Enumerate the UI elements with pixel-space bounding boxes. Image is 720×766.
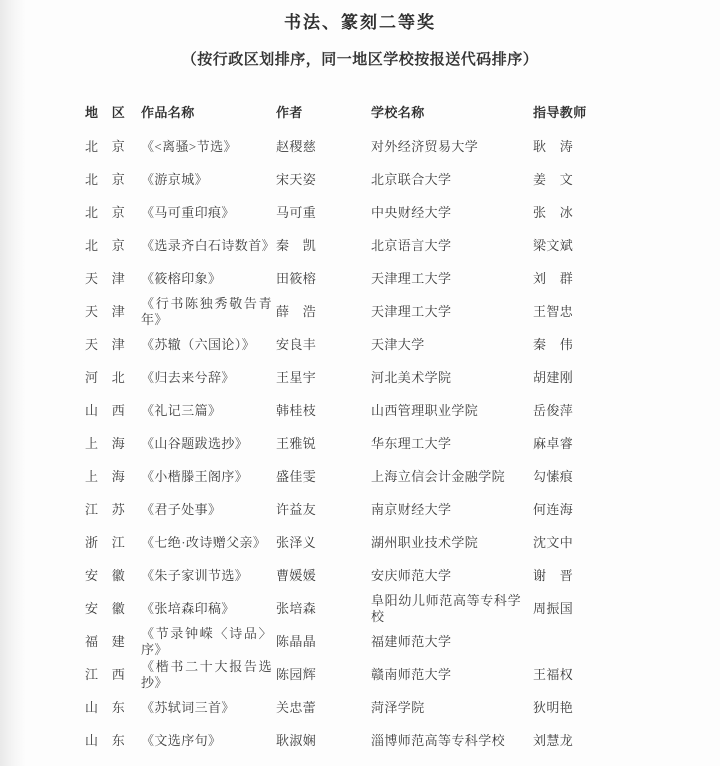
- cell-author: 陈园辉: [276, 667, 371, 683]
- cell-work: 《行书陈独秀敬告青年》: [141, 296, 276, 328]
- page-title: 书法、篆刻二等奖: [85, 8, 635, 33]
- cell-author: 田筱榕: [276, 271, 371, 287]
- cell-work: 《七绝·改诗赠父亲》: [141, 535, 276, 551]
- cell-author: 宋天姿: [276, 172, 371, 188]
- cell-school: 赣南师范大学: [371, 667, 533, 683]
- cell-teacher: 麻卓睿: [533, 436, 635, 452]
- table-row: 福 建《节录钟嵘〈诗品〉序》陈晶晶福建师范大学: [85, 625, 635, 658]
- cell-school: 阜阳幼儿师范高等专科学校: [371, 593, 533, 625]
- cell-school: 南京财经大学: [371, 502, 533, 518]
- cell-work: 《节录钟嵘〈诗品〉序》: [141, 626, 276, 658]
- cell-region: 江 西: [85, 667, 141, 683]
- table-row: 安 徽《朱子家训节选》曹媛媛安庆师范大学谢 晋: [85, 559, 635, 592]
- table-row: 河 北《归去来兮辞》王星宇河北美术学院胡建刚: [85, 361, 635, 394]
- cell-school: 北京语言大学: [371, 238, 533, 254]
- cell-work: 《礼记三篇》: [141, 403, 276, 419]
- cell-teacher: 刘 群: [533, 271, 635, 287]
- cell-school: 山西管理职业学院: [371, 403, 533, 419]
- cell-author: 薛 浩: [276, 304, 371, 320]
- cell-teacher: 勾愫痕: [533, 469, 635, 485]
- cell-work: 《苏轼词三首》: [141, 700, 276, 716]
- cell-region: 山 东: [85, 700, 141, 716]
- cell-region: 浙 江: [85, 535, 141, 551]
- cell-work: 《归去来兮辞》: [141, 370, 276, 386]
- cell-region: 北 京: [85, 172, 141, 188]
- cell-teacher: 岳俊萍: [533, 403, 635, 419]
- header-author: 作者: [276, 105, 371, 121]
- cell-author: 马可重: [276, 205, 371, 221]
- cell-teacher: 何连海: [533, 502, 635, 518]
- cell-school: 福建师范大学: [371, 634, 533, 650]
- cell-teacher: 张 冰: [533, 205, 635, 221]
- cell-author: 王雅锐: [276, 436, 371, 452]
- cell-teacher: 狄明艳: [533, 700, 635, 716]
- cell-work: 《苏辙（六国论）》: [141, 337, 276, 353]
- cell-region: 安 徽: [85, 568, 141, 584]
- table-row: 北 京《游京城》宋天姿北京联合大学姜 文: [85, 163, 635, 196]
- cell-school: 河北美术学院: [371, 370, 533, 386]
- cell-teacher: 刘慧龙: [533, 733, 635, 749]
- cell-teacher: 梁文斌: [533, 238, 635, 254]
- header-teacher: 指导教师: [533, 105, 635, 121]
- cell-work: 《张培森印稿》: [141, 601, 276, 617]
- cell-region: 福 建: [85, 634, 141, 650]
- table-row: 山 东《苏轼词三首》关忠蕾菏泽学院狄明艳: [85, 691, 635, 724]
- page-subtitle: （按行政区划排序，同一地区学校按报送代码排序）: [85, 48, 635, 69]
- cell-region: 北 京: [85, 238, 141, 254]
- cell-author: 关忠蕾: [276, 700, 371, 716]
- cell-region: 天 津: [85, 337, 141, 353]
- header-region: 地 区: [85, 105, 141, 121]
- table-row: 江 苏《君子处事》许益友南京财经大学何连海: [85, 493, 635, 526]
- cell-school: 中央财经大学: [371, 205, 533, 221]
- cell-work: 《<离骚>节选》: [141, 139, 276, 155]
- cell-work: 《楷书二十大报告选抄》: [141, 659, 276, 691]
- table-row: 天 津《行书陈独秀敬告青年》薛 浩天津理工大学王智忠: [85, 295, 635, 328]
- cell-work: 《小楷滕王阁序》: [141, 469, 276, 485]
- table-row: 北 京《<离骚>节选》赵稷慈对外经济贸易大学耿 涛: [85, 130, 635, 163]
- page-edge-shadow: [0, 0, 26, 766]
- cell-school: 天津理工大学: [371, 304, 533, 320]
- cell-work: 《筱榕印象》: [141, 271, 276, 287]
- cell-school: 天津理工大学: [371, 271, 533, 287]
- cell-author: 赵稷慈: [276, 139, 371, 155]
- table-row: 北 京《选录齐白石诗数首》秦 凯北京语言大学梁文斌: [85, 229, 635, 262]
- cell-work: 《选录齐白石诗数首》: [141, 238, 276, 254]
- awards-table: 地 区 作品名称 作者 学校名称 指导教师 北 京《<离骚>节选》赵稷慈对外经济…: [85, 99, 635, 757]
- cell-author: 张泽义: [276, 535, 371, 551]
- cell-work: 《文选序句》: [141, 733, 276, 749]
- cell-author: 张培森: [276, 601, 371, 617]
- cell-author: 陈晶晶: [276, 634, 371, 650]
- cell-region: 北 京: [85, 139, 141, 155]
- cell-region: 上 海: [85, 436, 141, 452]
- table-row: 山 东《文选序句》耿淑娴淄博师范高等专科学校刘慧龙: [85, 724, 635, 757]
- header-school: 学校名称: [371, 105, 533, 121]
- cell-author: 安良丰: [276, 337, 371, 353]
- cell-teacher: 谢 晋: [533, 568, 635, 584]
- cell-author: 韩桂枝: [276, 403, 371, 419]
- cell-teacher: 耿 涛: [533, 139, 635, 155]
- cell-school: 淄博师范高等专科学校: [371, 733, 533, 749]
- cell-region: 安 徽: [85, 601, 141, 617]
- cell-teacher: 周振国: [533, 601, 635, 617]
- cell-region: 山 西: [85, 403, 141, 419]
- cell-author: 秦 凯: [276, 238, 371, 254]
- table-row: 北 京《马可重印痕》马可重中央财经大学张 冰: [85, 196, 635, 229]
- document-content: 书法、篆刻二等奖 （按行政区划排序，同一地区学校按报送代码排序） 地 区 作品名…: [85, 0, 635, 757]
- cell-region: 山 东: [85, 733, 141, 749]
- cell-work: 《君子处事》: [141, 502, 276, 518]
- cell-school: 湖州职业技术学院: [371, 535, 533, 551]
- table-row: 天 津《筱榕印象》田筱榕天津理工大学刘 群: [85, 262, 635, 295]
- cell-author: 盛佳雯: [276, 469, 371, 485]
- cell-school: 北京联合大学: [371, 172, 533, 188]
- cell-teacher: 王福权: [533, 667, 635, 683]
- table-row: 江 西《楷书二十大报告选抄》陈园辉赣南师范大学王福权: [85, 658, 635, 691]
- table-row: 山 西《礼记三篇》韩桂枝山西管理职业学院岳俊萍: [85, 394, 635, 427]
- cell-work: 《马可重印痕》: [141, 205, 276, 221]
- table-row: 上 海《山谷题跋选抄》王雅锐华东理工大学麻卓睿: [85, 427, 635, 460]
- table-row: 安 徽《张培森印稿》张培森阜阳幼儿师范高等专科学校周振国: [85, 592, 635, 625]
- cell-teacher: 沈文中: [533, 535, 635, 551]
- cell-work: 《朱子家训节选》: [141, 568, 276, 584]
- cell-school: 安庆师范大学: [371, 568, 533, 584]
- cell-school: 上海立信会计金融学院: [371, 469, 533, 485]
- cell-author: 王星宇: [276, 370, 371, 386]
- cell-author: 曹媛媛: [276, 568, 371, 584]
- cell-author: 许益友: [276, 502, 371, 518]
- cell-teacher: 胡建刚: [533, 370, 635, 386]
- table-row: 浙 江《七绝·改诗赠父亲》张泽义湖州职业技术学院沈文中: [85, 526, 635, 559]
- table-header-row: 地 区 作品名称 作者 学校名称 指导教师: [85, 99, 635, 127]
- cell-region: 天 津: [85, 304, 141, 320]
- cell-school: 菏泽学院: [371, 700, 533, 716]
- cell-region: 北 京: [85, 205, 141, 221]
- table-row: 天 津《苏辙（六国论）》安良丰天津大学秦 伟: [85, 328, 635, 361]
- cell-school: 天津大学: [371, 337, 533, 353]
- cell-work: 《游京城》: [141, 172, 276, 188]
- cell-school: 对外经济贸易大学: [371, 139, 533, 155]
- header-work: 作品名称: [141, 105, 276, 121]
- cell-school: 华东理工大学: [371, 436, 533, 452]
- cell-teacher: 王智忠: [533, 304, 635, 320]
- cell-region: 河 北: [85, 370, 141, 386]
- cell-teacher: 姜 文: [533, 172, 635, 188]
- cell-teacher: 秦 伟: [533, 337, 635, 353]
- table-body: 北 京《<离骚>节选》赵稷慈对外经济贸易大学耿 涛北 京《游京城》宋天姿北京联合…: [85, 130, 635, 757]
- cell-region: 上 海: [85, 469, 141, 485]
- cell-region: 天 津: [85, 271, 141, 287]
- table-row: 上 海《小楷滕王阁序》盛佳雯上海立信会计金融学院勾愫痕: [85, 460, 635, 493]
- cell-author: 耿淑娴: [276, 733, 371, 749]
- cell-work: 《山谷题跋选抄》: [141, 436, 276, 452]
- cell-region: 江 苏: [85, 502, 141, 518]
